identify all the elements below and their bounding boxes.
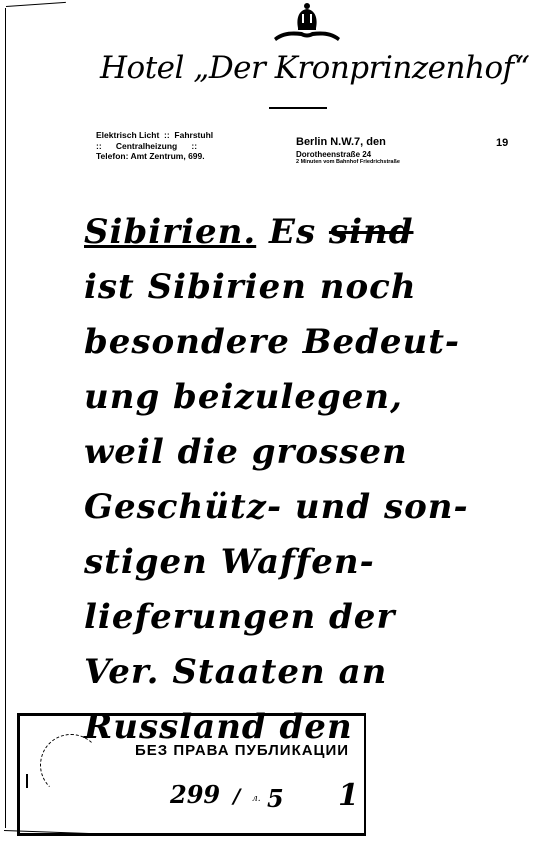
handwritten-line: ist Sibirien noch [84,260,524,315]
handwritten-line: Ver. Staaten an [84,645,524,700]
stamp-small-mark: л. [252,794,261,804]
hotel-name: Hotel „Der Kronprinzenhof“ [100,50,520,86]
stamp-sheet-number: 5 [267,784,284,813]
stamp-bracket [26,774,31,788]
page-edge-top [6,2,66,7]
station-note: 2 Minuten vom Bahnhof Friedrichstraße [296,159,400,165]
struck-word: sind [329,212,414,252]
stamp-fond-number: 299 [170,780,220,809]
stamp-slash: / [233,784,240,808]
handwritten-line: Sibirien. Es sind [84,205,524,260]
page-edge-left [5,8,6,828]
handwritten-line: Geschütz- und son- [84,480,524,535]
stamp-header: БЕЗ ПРАВА ПУБЛИКАЦИИ [135,742,349,759]
crown-icon [272,0,342,46]
handwritten-word: Es [256,212,329,252]
amenities-block: Elektrisch Licht :: Fahrstuhl :: Central… [96,130,213,162]
stamp-copy-number: 1 [338,778,359,813]
handwritten-line: besondere Bedeut- [84,315,524,370]
amenities-line: Elektrisch Licht :: Fahrstuhl [96,130,213,141]
address-block: Berlin N.W.7, den Dorotheenstraße 24 2 M… [296,136,400,165]
handwritten-body: Sibirien. Es sind ist Sibirien noch beso… [84,205,524,755]
year-prefix: 19 [496,137,508,149]
street-line: Dorotheenstraße 24 [296,150,400,159]
archive-stamp: БЕЗ ПРАВА ПУБЛИКАЦИИ 299 / л. 5 1 [17,713,366,836]
handwritten-line: stigen Waffen- [84,535,524,590]
city-line: Berlin N.W.7, den [296,136,400,148]
title-rule [269,107,327,109]
section-heading: Sibirien. [84,212,256,252]
amenities-line: Telefon: Amt Zentrum, 699. [96,151,213,162]
handwritten-line: lieferungen der [84,590,524,645]
handwritten-line: weil die grossen [84,425,524,480]
stamp-seal-circle [40,734,102,796]
handwritten-line: ung beizulegen, [84,370,524,425]
amenities-line: :: Centralheizung :: [96,141,213,152]
